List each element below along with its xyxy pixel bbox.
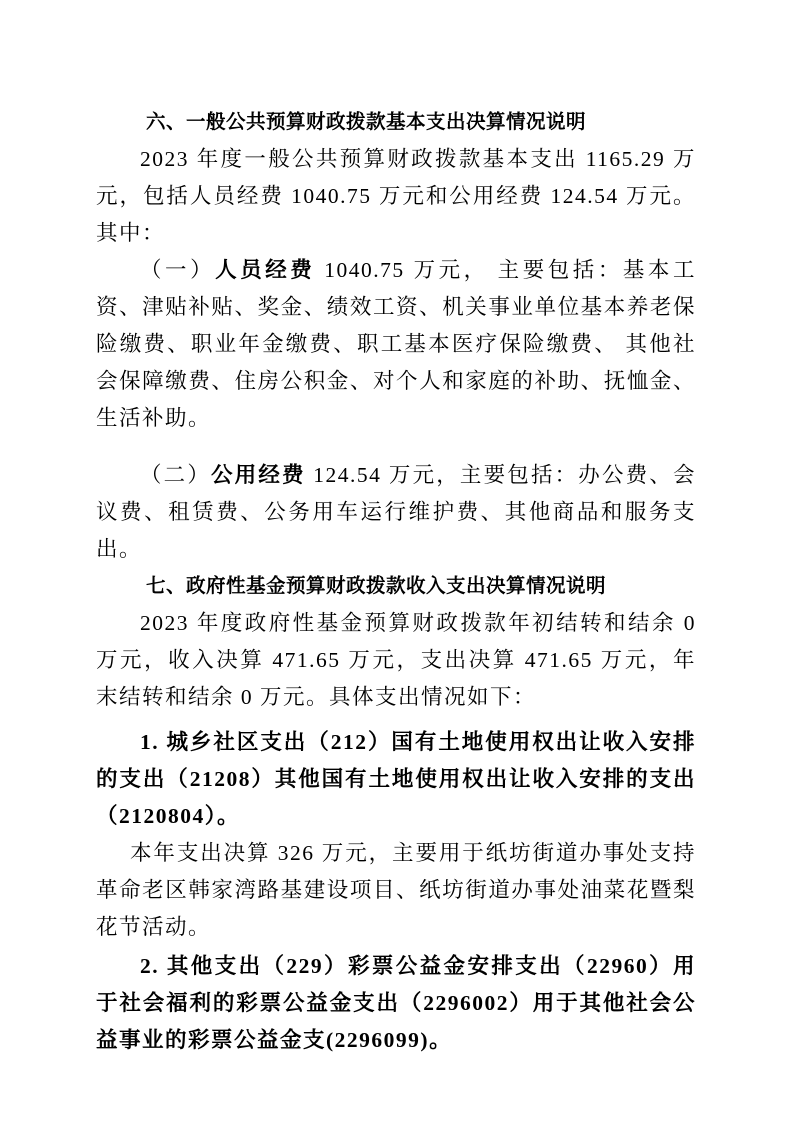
- para-personnel-expense-prefix: （一）: [140, 258, 215, 282]
- para-general-budget-basic-expenditure-total: 2023 年度一般公共预算财政拨款基本支出 1165.29 万元，包括人员经费 …: [96, 141, 696, 252]
- para-personnel-expense: （一）人员经费 1040.75 万元， 主要包括：基本工资、津贴补贴、奖金、绩效…: [96, 252, 696, 437]
- document-page: 六、一般公共预算财政拨款基本支出决算情况说明 2023 年度一般公共预算财政拨款…: [0, 0, 793, 1122]
- para-personnel-expense-body: 1040.75 万元， 主要包括：基本工资、津贴补贴、奖金、绩效工资、机关事业单…: [96, 258, 696, 430]
- para-item-2-other-expenditure-lottery: 2. 其他支出（229）彩票公益金安排支出（22960）用于社会福利的彩票公益金…: [96, 948, 696, 1059]
- para-item-1-urban-rural-community-expenditure: 1. 城乡社区支出（212）国有土地使用权出让收入安排的支出（21208）其他国…: [96, 724, 696, 835]
- para-public-expense-lead: 公用经费: [211, 463, 306, 487]
- para-government-fund-summary: 2023 年度政府性基金预算财政拨款年初结转和结余 0 万元，收入决算 471.…: [96, 605, 696, 716]
- para-item-1-detail-annual-expenditure: 本年支出决算 326 万元，主要用于纸坊街道办事处支持革命老区韩家湾路基建设项目…: [96, 835, 696, 946]
- para-public-expense: （二）公用经费 124.54 万元，主要包括：办公费、会议费、租赁费、公务用车运…: [96, 457, 696, 568]
- para-personnel-expense-lead: 人员经费: [215, 258, 315, 282]
- para-public-expense-prefix: （二）: [140, 463, 211, 487]
- heading-section-six-basic-expenditure: 六、一般公共预算财政拨款基本支出决算情况说明: [96, 104, 696, 141]
- heading-section-seven-government-fund: 七、政府性基金预算财政拨款收入支出决算情况说明: [96, 568, 696, 605]
